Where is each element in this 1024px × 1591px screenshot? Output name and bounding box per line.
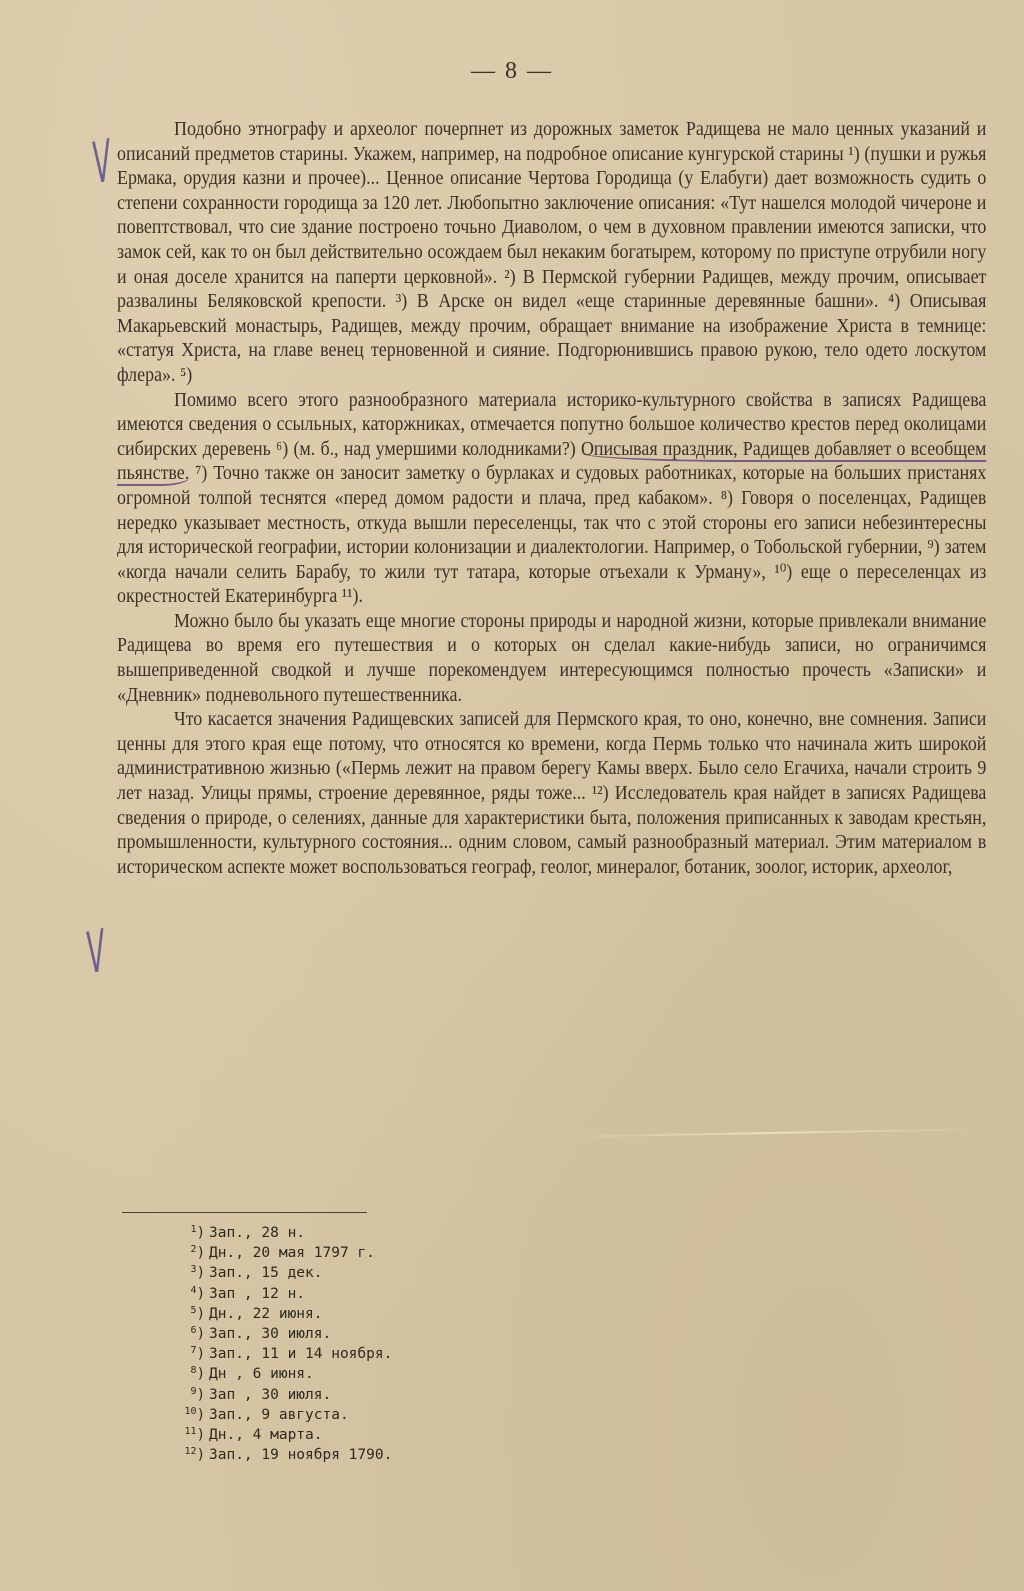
paragraph-3: Можно было бы указать еще многие стороны… bbox=[117, 610, 986, 708]
footnote-item: 5)Дн., 22 июня. bbox=[160, 1304, 392, 1324]
main-text: Подобно этнографу и археолог почерпнет и… bbox=[117, 118, 986, 880]
footnote-item: 1)Зап., 28 н. bbox=[160, 1223, 392, 1243]
footnote-number: 2 bbox=[191, 1244, 197, 1255]
footnote-number: 10 bbox=[185, 1406, 197, 1417]
footnote-text: Зап , 30 июля. bbox=[209, 1385, 331, 1405]
page-number: — 8 — bbox=[0, 58, 1024, 85]
footnote-text: Зап., 19 ноября 1790. bbox=[209, 1445, 392, 1465]
footnote-number: 11 bbox=[185, 1426, 197, 1437]
pencil-check-mark-icon: V bbox=[85, 916, 106, 988]
footnote-text: Дн., 22 июня. bbox=[209, 1304, 323, 1324]
footnote-item: 4)Зап , 12 н. bbox=[160, 1284, 392, 1304]
footnote-text: Зап., 28 н. bbox=[209, 1223, 305, 1243]
paragraph-2-part-b: ⁷) Точно также он заносит заметку о бурл… bbox=[117, 463, 986, 607]
footnote-text: Зап., 30 июля. bbox=[209, 1324, 331, 1344]
footnote-text: Дн , 6 июня. bbox=[209, 1364, 314, 1384]
footnote-item: 11)Дн., 4 марта. bbox=[160, 1425, 392, 1445]
footnote-text: Зап., 15 дек. bbox=[209, 1263, 323, 1283]
book-page: — 8 — V V Подобно этнографу и археолог п… bbox=[0, 0, 1024, 1591]
paragraph-4: Что касается значения Радищевских записе… bbox=[117, 708, 986, 880]
footnote-item: 9)Зап , 30 июля. bbox=[160, 1385, 392, 1405]
footnote-number: 6 bbox=[191, 1325, 197, 1336]
footnote-text: Дн., 20 мая 1797 г. bbox=[209, 1243, 375, 1263]
footnote-number: 8 bbox=[191, 1365, 197, 1376]
pencil-check-mark-icon: V bbox=[91, 126, 112, 198]
paragraph-2: Помимо всего этого разнообразного матери… bbox=[117, 389, 986, 610]
footnote-number: 7 bbox=[191, 1345, 197, 1356]
footnote-item: 6)Зап., 30 июля. bbox=[160, 1324, 392, 1344]
footnote-number: 12 bbox=[185, 1446, 197, 1457]
footnote-text: Зап., 9 августа. bbox=[209, 1405, 349, 1425]
paper-crease bbox=[560, 1128, 980, 1137]
footnote-item: 8)Дн , 6 июня. bbox=[160, 1364, 392, 1384]
paragraph-1: Подобно этнографу и археолог почерпнет и… bbox=[117, 118, 986, 389]
footnote-item: 3)Зап., 15 дек. bbox=[160, 1263, 392, 1283]
footnote-divider bbox=[122, 1212, 367, 1213]
footnote-number: 5 bbox=[191, 1305, 197, 1316]
footnote-item: 10)Зап., 9 августа. bbox=[160, 1405, 392, 1425]
footnote-text: Зап , 12 н. bbox=[209, 1284, 305, 1304]
footnotes-list: 1)Зап., 28 н. 2)Дн., 20 мая 1797 г. 3)За… bbox=[160, 1223, 392, 1465]
footnote-item: 7)Зап., 11 и 14 ноября. bbox=[160, 1344, 392, 1364]
footnote-text: Зап., 11 и 14 ноября. bbox=[209, 1344, 392, 1364]
footnote-number: 9 bbox=[191, 1386, 197, 1397]
footnote-number: 4 bbox=[191, 1285, 197, 1296]
footnote-number: 3 bbox=[191, 1264, 197, 1275]
footnote-text: Дн., 4 марта. bbox=[209, 1425, 323, 1445]
footnote-item: 2)Дн., 20 мая 1797 г. bbox=[160, 1243, 392, 1263]
footnote-item: 12)Зап., 19 ноября 1790. bbox=[160, 1445, 392, 1465]
footnote-number: 1 bbox=[191, 1224, 197, 1235]
